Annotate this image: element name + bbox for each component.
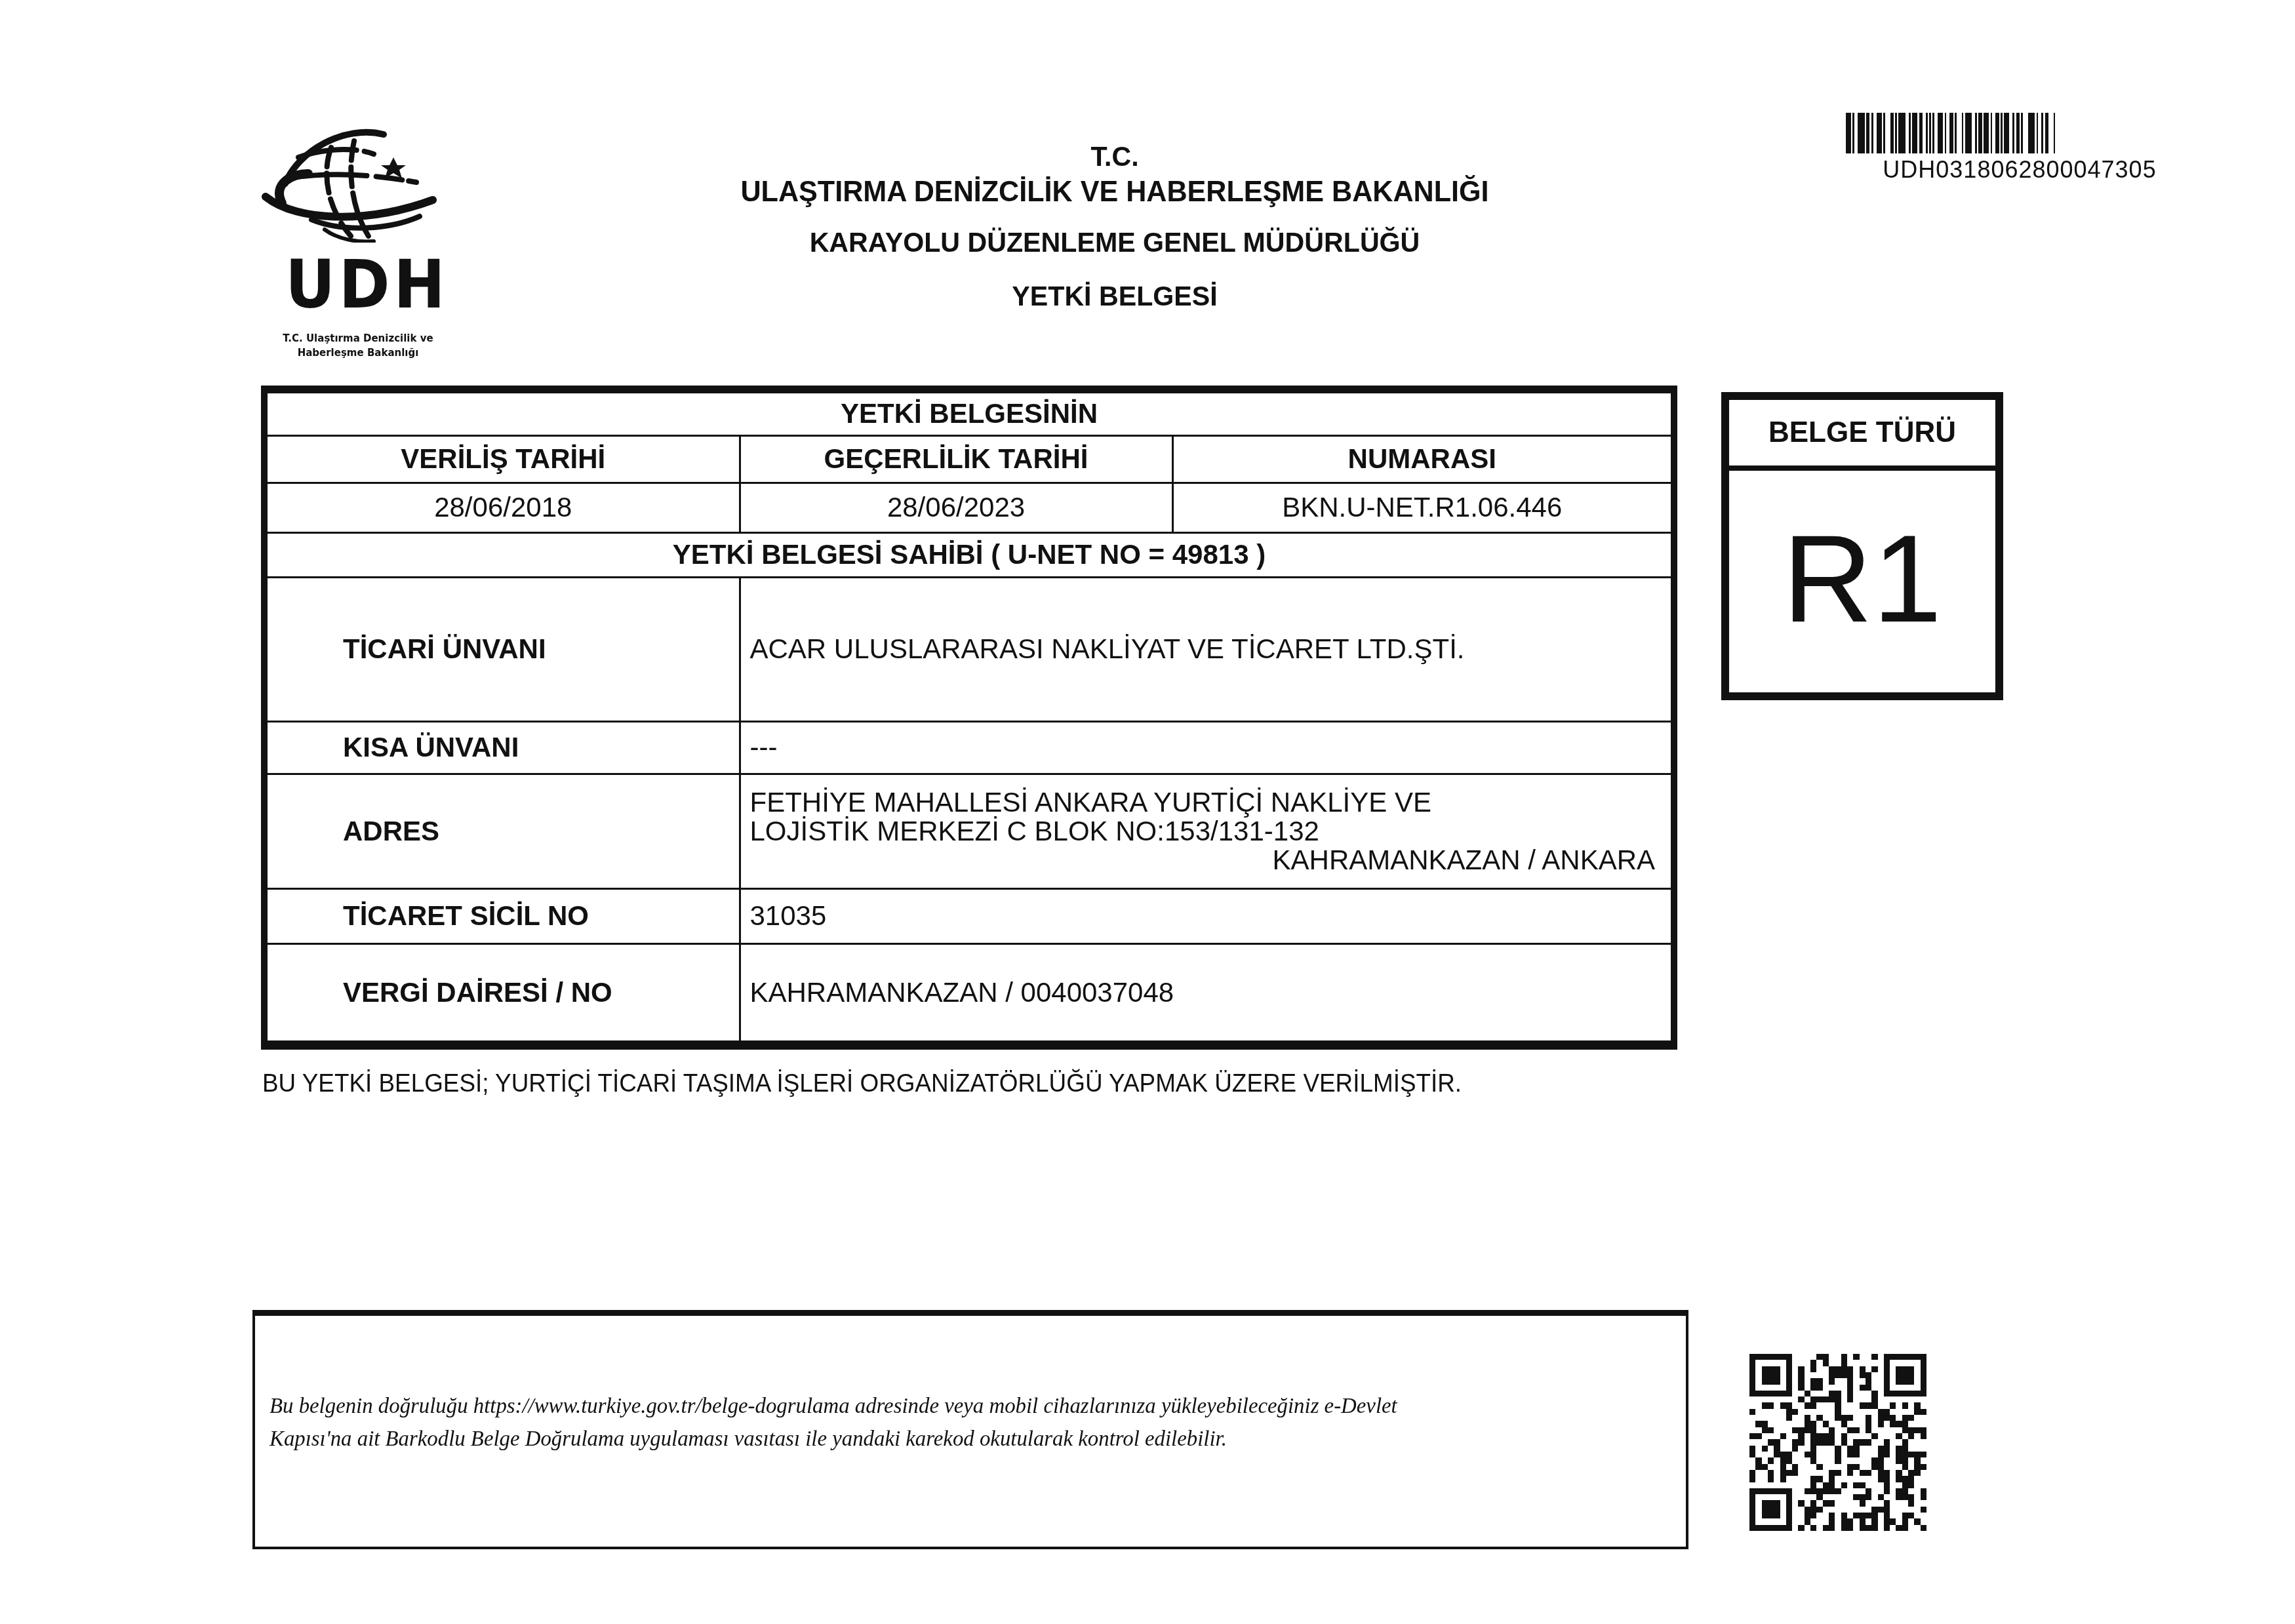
document-type-box: BELGE TÜRÜ R1	[1721, 392, 2003, 700]
barcode: UDH0318062800047305	[1846, 113, 2193, 184]
trade-name-value: ACAR ULUSLARARASI NAKLİYAT VE TİCARET LT…	[740, 577, 1671, 721]
field-row: ADRES FETHİYE MAHALLESİ ANKARA YURTİÇİ N…	[268, 774, 1671, 888]
authorization-note: BU YETKİ BELGESİ; YURTİÇİ TİCARİ TAŞIMA …	[262, 1070, 1462, 1098]
verification-line1: Bu belgenin doğruluğu https://www.turkiy…	[269, 1390, 1662, 1423]
barcode-number: UDH0318062800047305	[1846, 156, 2193, 184]
globe-icon	[259, 111, 443, 243]
short-name-label: KISA ÜNVANI	[268, 721, 740, 774]
field-row: KISA ÜNVANI ---	[268, 721, 1671, 774]
header-ministry: ULAŞTIRMA DENİZCİLİK VE HABERLEŞME BAKAN…	[665, 176, 1565, 208]
qr-code-icon[interactable]	[1749, 1354, 1926, 1531]
field-row: VERGİ DAİRESİ / NO KAHRAMANKAZAN / 00400…	[268, 943, 1671, 1040]
col-number: NUMARASI	[1172, 435, 1671, 483]
trade-registry-value: 31035	[740, 888, 1671, 943]
validity-date: 28/06/2023	[740, 483, 1172, 532]
field-row: TİCARİ ÜNVANI ACAR ULUSLARARASI NAKLİYAT…	[268, 577, 1671, 721]
short-name-value: ---	[740, 721, 1671, 774]
barcode-bars	[1846, 113, 2193, 153]
trade-registry-label: TİCARET SİCİL NO	[268, 888, 740, 943]
field-row: TİCARET SİCİL NO 31035	[268, 888, 1671, 943]
address-line2: LOJİSTİK MERKEZİ C BLOK NO:153/131-132	[750, 817, 1662, 846]
col-issue-date: VERİLİŞ TARİHİ	[268, 435, 740, 483]
logo-subtitle-line1: T.C. Ulaştırma Denizcilik ve	[283, 331, 433, 346]
udh-acronym: UDH	[285, 246, 449, 324]
verification-line2: Kapısı'na ait Barkodlu Belge Doğrulama u…	[269, 1423, 1662, 1456]
logo-subtitle: T.C. Ulaştırma Denizcilik ve Haberleşme …	[283, 331, 433, 360]
header-directorate: KARAYOLU DÜZENLEME GENEL MÜDÜRLÜĞÜ	[665, 227, 1565, 258]
document-title: YETKİ BELGESİ	[665, 281, 1565, 312]
col-validity-date: GEÇERLİLİK TARİHİ	[740, 435, 1172, 483]
header-tc: T.C.	[665, 141, 1565, 172]
trade-name-label: TİCARİ ÜNVANI	[268, 577, 740, 721]
document-type-value: R1	[1729, 471, 1995, 687]
udh-logo: UDH T.C. Ulaştırma Denizcilik ve Haberle…	[259, 111, 443, 374]
certificate-table: YETKİ BELGESİNİN VERİLİŞ TARİHİ GEÇERLİL…	[261, 386, 1677, 1050]
section-title: YETKİ BELGESİNİN	[268, 393, 1671, 435]
logo-subtitle-line2: Haberleşme Bakanlığı	[283, 346, 433, 360]
verification-text: Bu belgenin doğruluğu https://www.turkiy…	[269, 1390, 1662, 1456]
holder-title: YETKİ BELGESİ SAHİBİ ( U-NET NO = 49813 …	[268, 532, 1671, 577]
tax-office-label: VERGİ DAİRESİ / NO	[268, 943, 740, 1040]
address-value: FETHİYE MAHALLESİ ANKARA YURTİÇİ NAKLİYE…	[740, 774, 1671, 888]
address-line1: FETHİYE MAHALLESİ ANKARA YURTİÇİ NAKLİYE…	[750, 788, 1662, 817]
document-type-title: BELGE TÜRÜ	[1729, 400, 1995, 471]
tax-office-value: KAHRAMANKAZAN / 0040037048	[740, 943, 1671, 1040]
address-label: ADRES	[268, 774, 740, 888]
certificate-number: BKN.U-NET.R1.06.446	[1172, 483, 1671, 532]
address-line3: KAHRAMANKAZAN / ANKARA	[750, 846, 1662, 875]
verification-box: Bu belgenin doğruluğu https://www.turkiy…	[252, 1310, 1688, 1549]
issue-date: 28/06/2018	[268, 483, 740, 532]
